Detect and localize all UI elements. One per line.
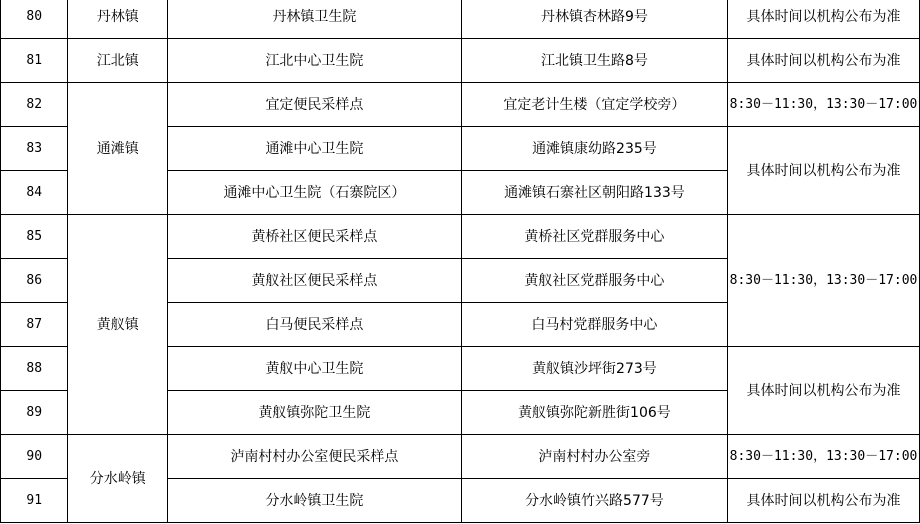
time-cell: 具体时间以机构公布为准	[728, 347, 920, 435]
site-name-cell: 泸南村村办公室便民采样点	[168, 435, 462, 479]
time-cell: 具体时间以机构公布为准	[728, 479, 920, 523]
address-cell: 黄桥社区党群服务中心	[461, 215, 727, 259]
site-name-cell: 通滩中心卫生院（石寨院区）	[168, 171, 462, 215]
time-cell: 具体时间以机构公布为准	[728, 0, 920, 39]
address-cell: 白马村党群服务中心	[461, 303, 727, 347]
row-number: 91	[1, 479, 68, 523]
address-cell: 黄舣社区党群服务中心	[461, 259, 727, 303]
row-number: 89	[1, 391, 68, 435]
town-cell: 分水岭镇	[68, 435, 168, 523]
table-row: 81 江北镇 江北中心卫生院 江北镇卫生路8号 具体时间以机构公布为准	[1, 39, 920, 83]
row-number: 82	[1, 83, 68, 127]
site-name-cell: 宜定便民采样点	[168, 83, 462, 127]
address-cell: 黄舣镇弥陀新胜街106号	[461, 391, 727, 435]
address-cell: 分水岭镇竹兴路577号	[461, 479, 727, 523]
time-cell: 具体时间以机构公布为准	[728, 39, 920, 83]
time-cell: 8:30－11:30，13:30－17:00	[728, 435, 920, 479]
row-number: 80	[1, 0, 68, 39]
address-cell: 通滩镇石寨社区朝阳路133号	[461, 171, 727, 215]
address-cell: 江北镇卫生路8号	[461, 39, 727, 83]
address-cell: 通滩镇康幼路235号	[461, 127, 727, 171]
time-cell: 8:30－11:30，13:30－17:00	[728, 83, 920, 127]
site-name-cell: 白马便民采样点	[168, 303, 462, 347]
table-row: 85 黄舣镇 黄桥社区便民采样点 黄桥社区党群服务中心 8:30－11:30，1…	[1, 215, 920, 259]
table-row: 82 通滩镇 宜定便民采样点 宜定老计生楼（宜定学校旁） 8:30－11:30，…	[1, 83, 920, 127]
address-cell: 泸南村村办公室旁	[461, 435, 727, 479]
table-row: 90 分水岭镇 泸南村村办公室便民采样点 泸南村村办公室旁 8:30－11:30…	[1, 435, 920, 479]
row-number: 85	[1, 215, 68, 259]
site-name-cell: 黄桥社区便民采样点	[168, 215, 462, 259]
row-number: 86	[1, 259, 68, 303]
time-cell: 8:30－11:30，13:30－17:00	[728, 215, 920, 347]
site-name-cell: 江北中心卫生院	[168, 39, 462, 83]
site-name-cell: 分水岭镇卫生院	[168, 479, 462, 523]
row-number: 83	[1, 127, 68, 171]
sampling-sites-page: 80 丹林镇 丹林镇卫生院 丹林镇杏林路9号 具体时间以机构公布为准 81 江北…	[0, 0, 920, 524]
sampling-sites-table: 80 丹林镇 丹林镇卫生院 丹林镇杏林路9号 具体时间以机构公布为准 81 江北…	[0, 0, 920, 523]
address-cell: 丹林镇杏林路9号	[461, 0, 727, 39]
town-cell: 黄舣镇	[68, 215, 168, 435]
address-cell: 宜定老计生楼（宜定学校旁）	[461, 83, 727, 127]
row-number: 87	[1, 303, 68, 347]
site-name-cell: 通滩中心卫生院	[168, 127, 462, 171]
address-cell: 黄舣镇沙坪街273号	[461, 347, 727, 391]
town-cell: 丹林镇	[68, 0, 168, 39]
town-cell: 江北镇	[68, 39, 168, 83]
town-cell: 通滩镇	[68, 83, 168, 215]
site-name-cell: 黄舣镇弥陀卫生院	[168, 391, 462, 435]
row-number: 81	[1, 39, 68, 83]
site-name-cell: 丹林镇卫生院	[168, 0, 462, 39]
time-cell: 具体时间以机构公布为准	[728, 127, 920, 215]
site-name-cell: 黄舣社区便民采样点	[168, 259, 462, 303]
table-row: 80 丹林镇 丹林镇卫生院 丹林镇杏林路9号 具体时间以机构公布为准	[1, 0, 920, 39]
row-number: 84	[1, 171, 68, 215]
site-name-cell: 黄舣中心卫生院	[168, 347, 462, 391]
row-number: 90	[1, 435, 68, 479]
row-number: 88	[1, 347, 68, 391]
